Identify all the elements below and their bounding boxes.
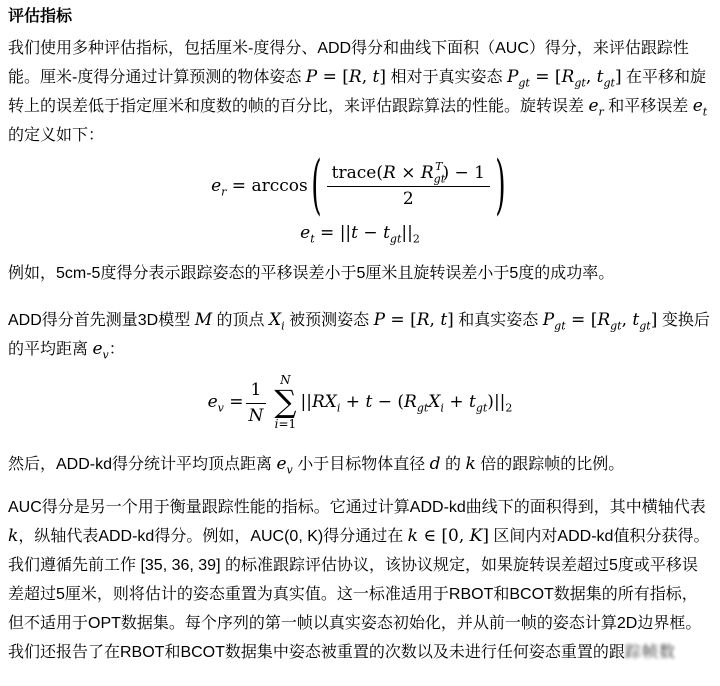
text-run: er [588, 96, 603, 116]
text-run: , [430, 310, 441, 330]
text-run: Pgt [543, 310, 566, 330]
text-run: 的定义如下： [8, 127, 104, 144]
formula-ev-lhs: ev = [208, 392, 244, 412]
text-run: + [340, 392, 365, 412]
text-run: 2 [403, 189, 414, 209]
text-run: 的顶点 [212, 312, 269, 329]
text-run: 小于目标物体直径 [293, 456, 430, 473]
text-run: trace( [332, 163, 383, 183]
text-run: 踪帧数 [625, 644, 676, 661]
text-run: d [430, 454, 441, 474]
paragraph-add-score: ADD得分首先测量3D模型 M 的顶点 Xi 被预测姿态 P = [R, t] … [8, 306, 712, 364]
text-run: ，纵轴代表ADD-kd得分。例如，AUC(0, K)得分通过在 [18, 528, 407, 545]
text-run: = [224, 392, 244, 412]
paragraph-add-kd: 然后，ADD-kd得分统计平均顶点距离 ev 小于目标物体直径 d 的 k 倍的… [8, 450, 712, 479]
text-run: , [586, 67, 597, 87]
text-run: , [622, 310, 633, 330]
text-run: RgtT [421, 163, 443, 183]
text-run: ] [615, 67, 622, 87]
text-run: k [408, 526, 418, 546]
text-run: 的 [441, 456, 466, 473]
paragraph-5cm5deg-example: 例如，5cm-5度得分表示跟踪姿态的平移误差小于5厘米且旋转误差小于5度的成功率… [8, 259, 712, 288]
text-run: 和平移误差 [604, 98, 693, 115]
text-run: P [306, 67, 317, 87]
text-run: ||2 [494, 392, 512, 412]
fraction-denominator: N [248, 404, 263, 426]
text-run: 例如，5cm-5度得分表示跟踪姿态的平移误差小于5厘米且旋转误差小于5度的成功率… [8, 265, 614, 282]
text-run: ] [447, 310, 454, 330]
sigma-glyph: ∑ [274, 387, 296, 417]
text-run: Rgt [404, 392, 428, 412]
text-run: N [248, 406, 263, 426]
text-run: arccos [251, 176, 307, 196]
text-run: R [417, 310, 430, 330]
text-run: + [444, 392, 469, 412]
formula-er-lhs: er = arccos [211, 176, 308, 196]
fraction: 1 N [246, 379, 267, 426]
text-run: tgt [469, 392, 487, 412]
formula-et-body: et = ||t − tgt||2 [300, 223, 420, 243]
text-run: P [374, 310, 385, 330]
text-run: 相对于真实姿态 [386, 69, 507, 86]
text-run: ev [276, 454, 292, 474]
text-run: || [300, 392, 311, 412]
text-run: 区间内对ADD-kd值积分获得。我们遵循先前工作 [35, 36, 39] 的标… [8, 528, 709, 661]
text-run: ev [92, 339, 108, 359]
text-run: Pgt [507, 67, 530, 87]
right-paren-glyph: ) [495, 153, 505, 217]
text-run: AUC得分是另一个用于衡量跟踪性能的指标。它通过计算ADD-kd曲线下的面积得到… [8, 499, 706, 516]
formula-translation-error: et = ||t − tgt||2 [8, 223, 712, 245]
text-run: 和真实姿态 [454, 312, 543, 329]
text-run: 然后，ADD-kd得分统计平均顶点距离 [8, 456, 276, 473]
left-paren-glyph: ( [311, 153, 321, 217]
text-run: − [358, 223, 383, 243]
text-run: ADD得分首先测量3D模型 [8, 312, 195, 329]
text-run: ev [208, 392, 224, 412]
section-heading: 评估指标 [8, 6, 712, 28]
summation-operator: N ∑ i=1 [274, 374, 296, 430]
fraction-numerator: 1 [246, 379, 267, 404]
formula-average-vertex-distance: ev = 1 N N ∑ i=1 ||RXi + t − (RgtXi + tg… [8, 364, 712, 442]
text-run: et [300, 223, 314, 243]
fraction-numerator: trace(R × RgtT) − 1 [327, 162, 490, 187]
text-run: = [ [566, 310, 598, 330]
text-run: tgt [632, 310, 650, 330]
summation-lower-limit: i=1 [275, 418, 297, 430]
text-run: − ( [372, 392, 404, 412]
document-page: 评估指标 我们使用多种评估指标，包括厘米-度得分、ADD得分和曲线下面积（AUC… [0, 0, 720, 686]
text-run: R [349, 67, 362, 87]
text-run: R [312, 392, 325, 412]
text-run: t [351, 223, 358, 243]
text-run: Xi [269, 310, 285, 330]
text-run: ] [482, 526, 489, 546]
text-run: Xi [428, 392, 444, 412]
fraction: trace(R × RgtT) − 1 2 [327, 162, 490, 209]
text-run: 被预测姿态 [285, 312, 374, 329]
text-run: = [ [317, 67, 349, 87]
text-run: 倍的跟踪帧的比例。 [476, 456, 624, 473]
text-run: , [362, 67, 373, 87]
text-run: = [315, 223, 340, 243]
paragraph-metrics-intro: 我们使用多种评估指标，包括厘米-度得分、ADD得分和曲线下面积（AUC）得分，来… [8, 34, 712, 150]
text-run: ) [487, 392, 494, 412]
text-run: Xi [325, 392, 341, 412]
formula-rotation-error: er = arccos ( trace(R × RgtT) − 1 2 ) [8, 150, 712, 223]
text-run: ∈ [0, [418, 526, 470, 546]
fraction-denominator: 2 [403, 187, 414, 209]
text-run: ： [109, 341, 125, 358]
text-run: et [693, 96, 707, 116]
text-run: k [465, 454, 475, 474]
text-run: R [383, 163, 396, 183]
text-run: M [195, 310, 212, 330]
text-run: = [226, 176, 251, 196]
text-run: Rgt [597, 310, 621, 330]
text-run: k [8, 526, 18, 546]
text-run: ||2 [401, 223, 419, 243]
formula-ev-rhs: ||RXi + t − (RgtXi + tgt)||2 [300, 392, 512, 412]
text-run: × [396, 163, 421, 183]
text-run: = [ [385, 310, 417, 330]
text-run: er [211, 176, 226, 196]
text-run: tgt [383, 223, 401, 243]
text-run: Rgt [562, 67, 586, 87]
text-run: tgt [597, 67, 615, 87]
text-run: K [470, 526, 483, 546]
paragraph-auc-protocol: AUC得分是另一个用于衡量跟踪性能的指标。它通过计算ADD-kd曲线下的面积得到… [8, 493, 712, 667]
text-run: ) − 1 [442, 163, 485, 183]
text-run: 1 [251, 380, 262, 400]
text-run: || [340, 223, 351, 243]
text-run: =1 [278, 417, 296, 431]
text-run: = [ [530, 67, 562, 87]
